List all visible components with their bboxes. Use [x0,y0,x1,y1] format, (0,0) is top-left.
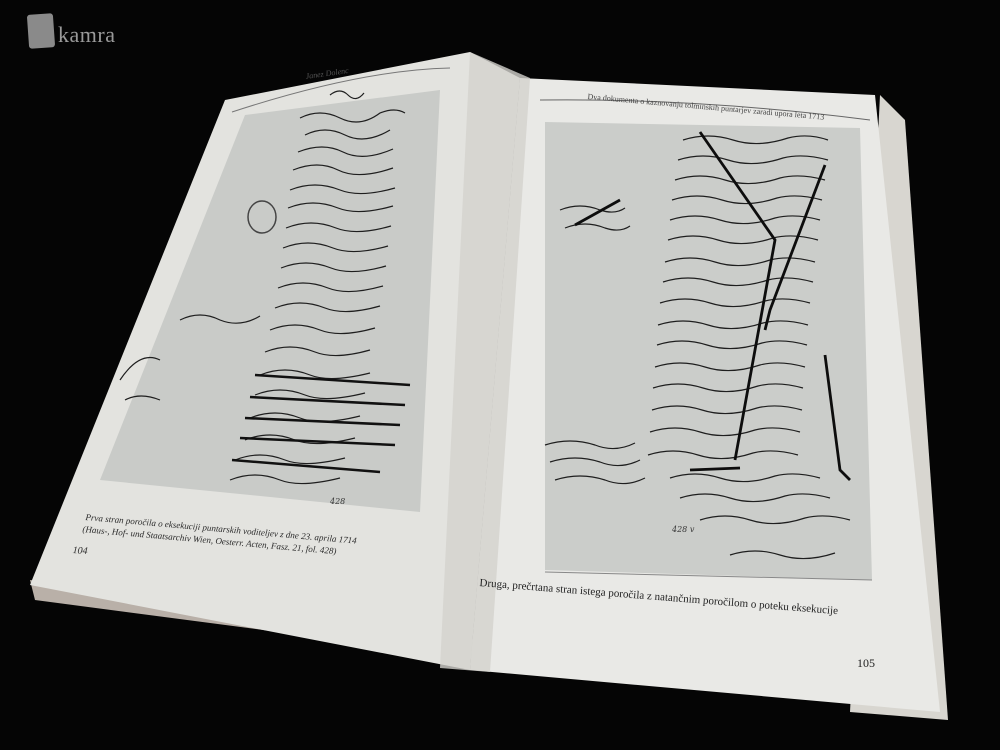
left-folio-note: 428 [330,497,345,506]
watermark-text: kamra [58,22,115,48]
right-folio-note: 428 v [672,525,694,534]
watermark-logo: kamra [18,12,128,56]
right-page-number: 105 [857,656,875,671]
book-photo: kamra Janez Dolenc Dva dokumenta o kazno… [0,0,1000,750]
left-page-number: 104 [72,545,88,557]
open-book [0,0,1000,750]
logo-icon [27,13,55,49]
right-facsimile [545,122,872,580]
